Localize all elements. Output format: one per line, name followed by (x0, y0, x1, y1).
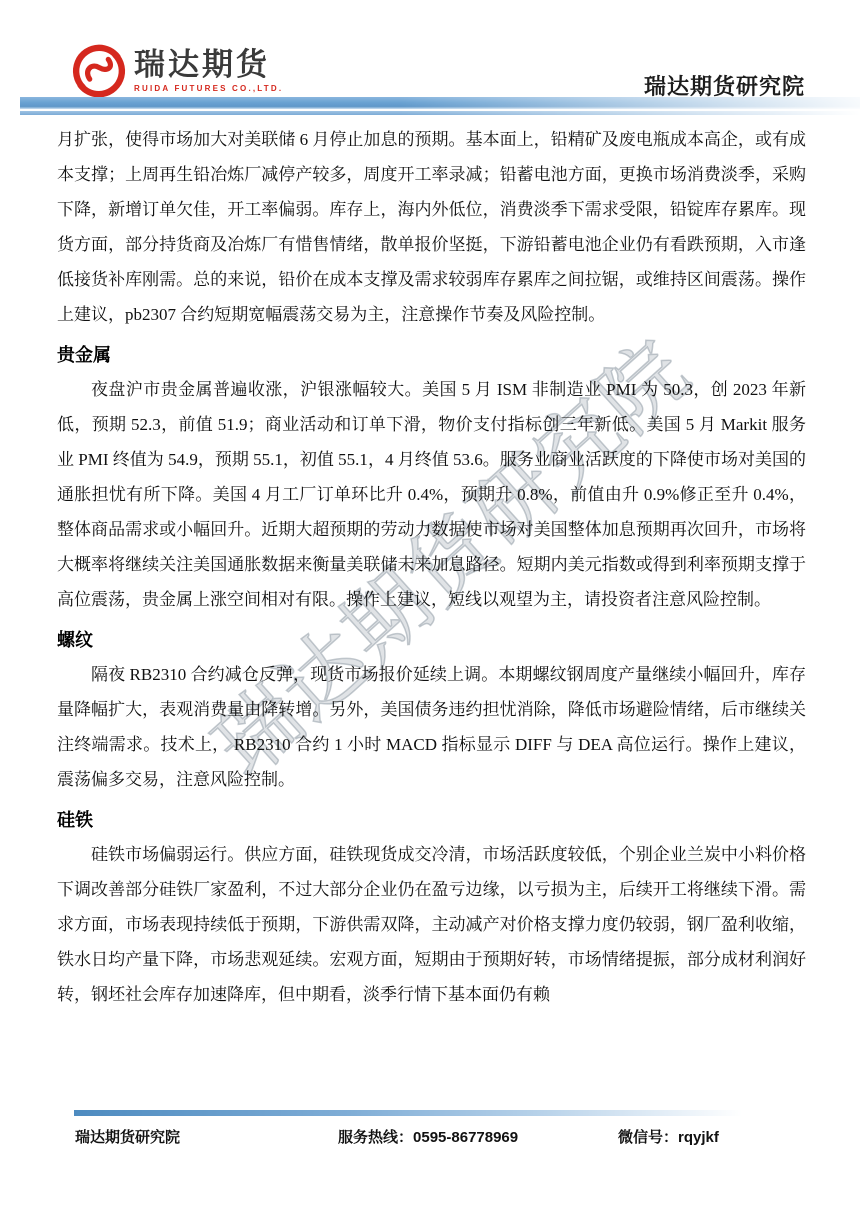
header-divider-thick-bar (20, 97, 860, 109)
footer: 瑞达期货研究院 服务热线：0595-86778969 微信号：rqyjkf (75, 1126, 775, 1150)
section-paragraph-3: 硅铁市场偏弱运行。供应方面，硅铁现货成交冷清，市场活跃度较低，个别企业兰炭中小料… (57, 837, 806, 1012)
ruida-logo-icon (70, 42, 128, 100)
footer-divider (74, 1110, 860, 1116)
brand-text-block: 瑞达期货 RUIDA FUTURES CO.,LTD. (134, 42, 283, 93)
footer-hotline-label: 服务热线： (338, 1129, 413, 1146)
section-paragraph-2: 隔夜 RB2310 合约减仓反弹，现货市场报价延续上调。本期螺纹钢周度产量继续小… (57, 657, 806, 797)
footer-wechat-label: 微信号： (618, 1129, 678, 1146)
report-page: 瑞达期货 RUIDA FUTURES CO.,LTD. 瑞达期货研究院 瑞达期货… (0, 0, 860, 1217)
section-heading-1: 贵金属 (57, 340, 806, 370)
footer-org-name: 瑞达期货研究院 (75, 1126, 180, 1147)
section-paragraph-1: 夜盘沪市贵金属普遍收涨，沪银涨幅较大。美国 5 月 ISM 非制造业 PMI 为… (57, 372, 806, 617)
footer-hotline: 服务热线：0595-86778969 (338, 1126, 518, 1147)
footer-wechat: 微信号：rqyjkf (618, 1126, 719, 1147)
header-divider-thin-bar (20, 111, 860, 115)
report-body: 月扩张，使得市场加大对美联储 6 月停止加息的预期。基本面上，铅精矿及废电瓶成本… (57, 122, 806, 1012)
section-heading-2: 螺纹 (57, 625, 806, 655)
footer-wechat-id: rqyjkf (678, 1129, 719, 1146)
footer-hotline-number: 0595-86778969 (413, 1129, 518, 1146)
company-logo: 瑞达期货 RUIDA FUTURES CO.,LTD. (70, 42, 283, 100)
section-heading-3: 硅铁 (57, 805, 806, 835)
header-divider (20, 97, 860, 115)
brand-name-cn: 瑞达期货 (134, 48, 283, 82)
section-paragraph-0: 月扩张，使得市场加大对美联储 6 月停止加息的预期。基本面上，铅精矿及废电瓶成本… (57, 122, 806, 332)
brand-name-en: RUIDA FUTURES CO.,LTD. (134, 84, 283, 93)
